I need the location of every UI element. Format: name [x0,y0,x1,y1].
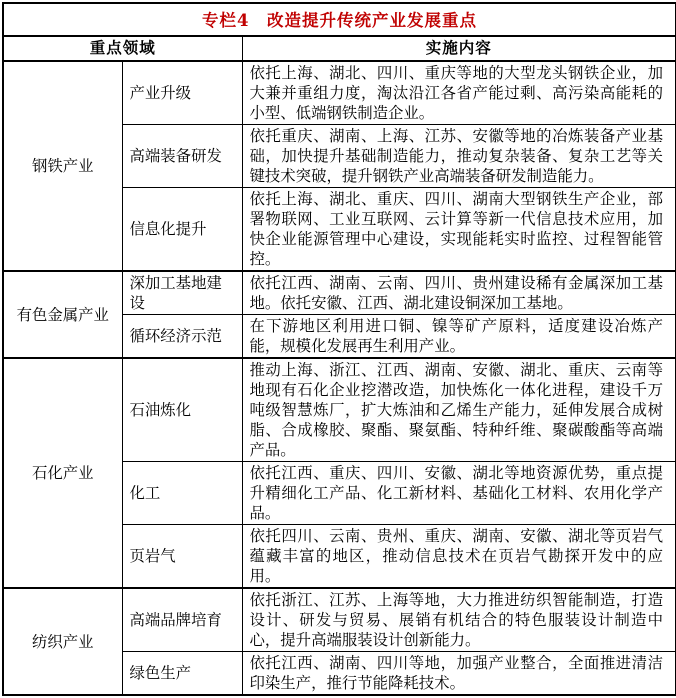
box-title: 专栏4 改造提升传统产业发展重点 [3,3,676,36]
table-row: 钢铁产业产业升级依托上海、湖北、四川、重庆等地的大型龙头钢铁企业，加大兼并重组力… [3,61,676,125]
table-body: 钢铁产业产业升级依托上海、湖北、四川、重庆等地的大型龙头钢铁企业，加大兼并重组力… [3,61,676,695]
implementation-content-text: 依托上海、湖北、四川、重庆等地的大型龙头钢铁企业，加大兼并重组力度，淘汰沿江各省… [242,61,676,125]
focus-area-label: 信息化提升 [122,188,242,272]
implementation-content-text: 依托浙江、江苏、上海等地，大力推进纺织智能制造，打造设计、研发与贸易、展销有机结… [242,588,676,652]
focus-area-label: 高端装备研发 [122,125,242,188]
column-header-implementation: 实施内容 [242,36,676,61]
industry-upgrade-table: 专栏4 改造提升传统产业发展重点 重点领域 实施内容 钢铁产业产业升级依托上海、… [2,2,676,696]
focus-area-label: 产业升级 [122,61,242,125]
focus-area-label: 深加工基地建设 [122,271,242,315]
implementation-content-text: 依托重庆、湖南、上海、江苏、安徽等地的冶炼装备产业基础，加快提升基础制造能力，推… [242,125,676,188]
industry-group-label: 钢铁产业 [3,61,122,271]
table-row: 纺织产业高端品牌培育依托浙江、江苏、上海等地，大力推进纺织智能制造，打造设计、研… [3,588,676,652]
implementation-content-text: 依托江西、湖南、四川等地，加强产业整合，全面推进清洁印染生产，推行节能降耗技术。 [242,652,676,696]
implementation-content-text: 依托江西、湖南、云南、四川、贵州建设稀有金属深加工基地。依托安徽、江西、湖北建设… [242,271,676,315]
focus-area-label: 高端品牌培育 [122,588,242,652]
header-row: 重点领域 实施内容 [3,36,676,61]
focus-area-label: 绿色生产 [122,652,242,696]
implementation-content-text: 在下游地区利用进口铜、镍等矿产原料，适度建设冶炼产能，规模化发展再生利用产业。 [242,315,676,359]
column-header-key-area: 重点领域 [3,36,242,61]
focus-area-label: 循环经济示范 [122,315,242,359]
industry-group-label: 有色金属产业 [3,271,122,358]
focus-area-label: 页岩气 [122,525,242,589]
table-row: 有色金属产业深加工基地建设依托江西、湖南、云南、四川、贵州建设稀有金属深加工基地… [3,271,676,315]
implementation-content-text: 依托四川、云南、贵州、重庆、湖南、安徽、湖北等页岩气蕴藏丰富的地区，推动信息技术… [242,525,676,589]
implementation-content-text: 依托上海、湖北、重庆、四川、湖南大型钢铁生产企业，部署物联网、工业互联网、云计算… [242,188,676,272]
table-row: 石化产业石油炼化推动上海、浙江、江西、湖南、安徽、湖北、重庆、云南等地现有石化企… [3,358,676,462]
implementation-content-text: 推动上海、浙江、江西、湖南、安徽、湖北、重庆、云南等地现有石化企业挖潜改造，加快… [242,358,676,462]
implementation-content-text: 依托江西、重庆、四川、安徽、湖北等地资源优势，重点提升精细化工产品、化工新材料、… [242,462,676,525]
focus-area-label: 化工 [122,462,242,525]
document-page: 专栏4 改造提升传统产业发展重点 重点领域 实施内容 钢铁产业产业升级依托上海、… [0,0,676,698]
industry-group-label: 石化产业 [3,358,122,588]
focus-area-label: 石油炼化 [122,358,242,462]
industry-group-label: 纺织产业 [3,588,122,695]
title-row: 专栏4 改造提升传统产业发展重点 [3,3,676,36]
